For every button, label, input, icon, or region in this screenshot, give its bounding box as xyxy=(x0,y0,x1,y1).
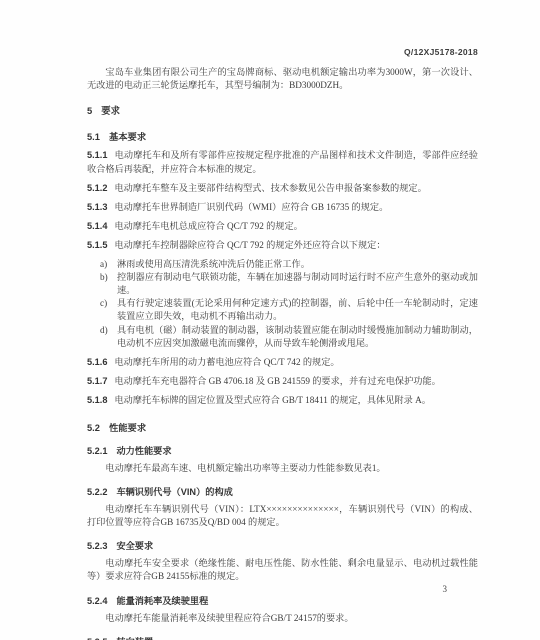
clause-number: 5.1.2 xyxy=(87,183,107,193)
chapter-heading: 5要求 xyxy=(87,103,478,117)
clause-5-1-7: 5.1.7电动摩托车充电器符合 GB 4706.18 及 GB 241559 的… xyxy=(87,375,478,388)
list-item-d: d) 具有电机（磁）制动装置的制动器，该制动装置应能在制动时缓慢施加制动力辅助制… xyxy=(100,324,478,350)
paragraph-5-2-2: 电动摩托车车辆识别代号（VIN）：LTX××××××××××××××，车辆识别代… xyxy=(87,503,478,529)
list-marker: c) xyxy=(100,297,117,323)
section-title: 能量消耗率及续驶里程 xyxy=(116,596,208,606)
section-heading-5-2: 5.2性能要求 xyxy=(87,420,478,434)
page-content: Q/12XJ5178-2018 宝岛车业集团有限公司生产的宝岛牌商标、驱动电机额… xyxy=(87,47,478,640)
clause-text: 电动摩托车电机总成应符合 QC/T 792 的规定。 xyxy=(114,221,302,231)
clause-text: 电动摩托车标牌的固定位置及型式应符合 GB/T 18411 的规定，具体见附录 … xyxy=(114,395,430,405)
section-heading-5-2-5: 5.2.5转向装置 xyxy=(87,634,478,640)
chapter-number: 5 xyxy=(87,105,92,116)
section-number: 5.2.1 xyxy=(87,446,107,456)
clause-text: 电动摩托车世界制造厂识别代码（WMI）应符合 GB 16735 的规定。 xyxy=(114,202,388,212)
clause-text: 电动摩托车充电器符合 GB 4706.18 及 GB 241559 的要求，并有… xyxy=(114,376,440,386)
intro-paragraph: 宝岛车业集团有限公司生产的宝岛牌商标、驱动电机额定输出功率为3000W，第一次设… xyxy=(87,66,478,92)
clause-text: 电动摩托车整车及主要部件结构型式、技术参数见公告申报备案参数的规定。 xyxy=(114,183,426,193)
section-number: 5.2 xyxy=(87,423,100,433)
clause-number: 5.1.8 xyxy=(87,395,107,405)
section-number: 5.2.3 xyxy=(87,541,107,551)
clause-5-1-5: 5.1.5电动摩托车控制器除应符合 QC/T 792 的规定外还应符合以下规定： xyxy=(87,239,478,252)
list-item-a: a) 淋雨或使用高压清洗系统冲洗后仍能正常工作。 xyxy=(100,258,478,271)
clause-text: 电动摩托车和及所有零部件应按规定程序批准的产品图样和技术文件制造，零部件应经验收… xyxy=(87,150,478,173)
clause-number: 5.1.1 xyxy=(87,150,107,160)
section-title: 安全要求 xyxy=(116,541,153,551)
clause-number: 5.1.7 xyxy=(87,376,107,386)
clause-5-1-1: 5.1.1电动摩托车和及所有零部件应按规定程序批准的产品图样和技术文件制造，零部… xyxy=(87,149,478,175)
list-item-b: b) 控制器应有制动电气联锁功能，车辆在加速器与制动同时运行时不应产生意外的驱动… xyxy=(100,271,478,297)
list-item-c: c) 具有行驶定速装置(无论采用何种定速方式)的控制器，前、后轮中任一车轮制动时… xyxy=(100,297,478,323)
clause-number: 5.1.4 xyxy=(87,221,107,231)
section-heading-5-2-1: 5.2.1动力性能要求 xyxy=(87,443,478,457)
paragraph-5-2-4: 电动摩托车能量消耗率及续驶里程应符合GB/T 24157的要求。 xyxy=(87,612,478,625)
list-item-text: 控制器应有制动电气联锁功能，车辆在加速器与制动同时运行时不应产生意外的驱动或加速… xyxy=(117,271,478,297)
clause-text: 电动摩托车控制器除应符合 QC/T 792 的规定外还应符合以下规定： xyxy=(114,240,385,250)
paragraph-5-2-1: 电动摩托车最高车速、电机额定输出功率等主要动力性能参数见表1。 xyxy=(87,462,478,475)
document-page: Q/12XJ5178-2018 宝岛车业集团有限公司生产的宝岛牌商标、驱动电机额… xyxy=(0,0,540,640)
list-item-text: 具有行驶定速装置(无论采用何种定速方式)的控制器，前、后轮中任一车轮制动时，定速… xyxy=(117,297,478,323)
list-marker: b) xyxy=(100,271,117,297)
clause-5-1-8: 5.1.8电动摩托车标牌的固定位置及型式应符合 GB/T 18411 的规定，具… xyxy=(87,394,478,407)
section-heading-5-2-2: 5.2.2车辆识别代号（VIN）的构成 xyxy=(87,484,478,498)
section-heading-5-2-3: 5.2.3安全要求 xyxy=(87,538,478,552)
section-title: 车辆识别代号（VIN）的构成 xyxy=(116,487,232,497)
list-marker: d) xyxy=(100,324,117,350)
doc-number: Q/12XJ5178-2018 xyxy=(87,47,478,57)
clause-5-1-2: 5.1.2电动摩托车整车及主要部件结构型式、技术参数见公告申报备案参数的规定。 xyxy=(87,182,478,195)
clause-number: 5.1.6 xyxy=(87,357,107,367)
clause-text: 电动摩托车所用的动力蓄电池应符合 QC/T 742 的规定。 xyxy=(114,357,339,367)
clause-5-1-5-list: a) 淋雨或使用高压清洗系统冲洗后仍能正常工作。 b) 控制器应有制动电气联锁功… xyxy=(87,258,478,350)
section-heading-5-1: 5.1基本要求 xyxy=(87,129,478,143)
section-heading-5-2-4: 5.2.4能量消耗率及续驶里程 xyxy=(87,593,478,607)
section-title: 动力性能要求 xyxy=(116,446,171,456)
section-title: 基本要求 xyxy=(109,132,146,142)
clause-5-1-6: 5.1.6电动摩托车所用的动力蓄电池应符合 QC/T 742 的规定。 xyxy=(87,356,478,369)
page-number: 3 xyxy=(443,584,448,594)
section-number: 5.1 xyxy=(87,132,100,142)
section-title: 性能要求 xyxy=(109,423,146,433)
clause-number: 5.1.5 xyxy=(87,240,107,250)
chapter-title: 要求 xyxy=(101,105,120,116)
clause-5-1-3: 5.1.3电动摩托车世界制造厂识别代码（WMI）应符合 GB 16735 的规定… xyxy=(87,201,478,214)
clause-number: 5.1.3 xyxy=(87,202,107,212)
list-marker: a) xyxy=(100,258,117,271)
section-number: 5.2.2 xyxy=(87,487,107,497)
paragraph-5-2-3: 电动摩托车安全要求（绝缘性能、耐电压性能、防水性能、剩余电量显示、电动机过载性能… xyxy=(87,557,478,583)
section-number: 5.2.4 xyxy=(87,596,107,606)
list-item-text: 具有电机（磁）制动装置的制动器，该制动装置应能在制动时缓慢施加制动力辅助制动，电… xyxy=(117,324,478,350)
clause-5-1-4: 5.1.4电动摩托车电机总成应符合 QC/T 792 的规定。 xyxy=(87,220,478,233)
list-item-text: 淋雨或使用高压清洗系统冲洗后仍能正常工作。 xyxy=(117,258,478,271)
